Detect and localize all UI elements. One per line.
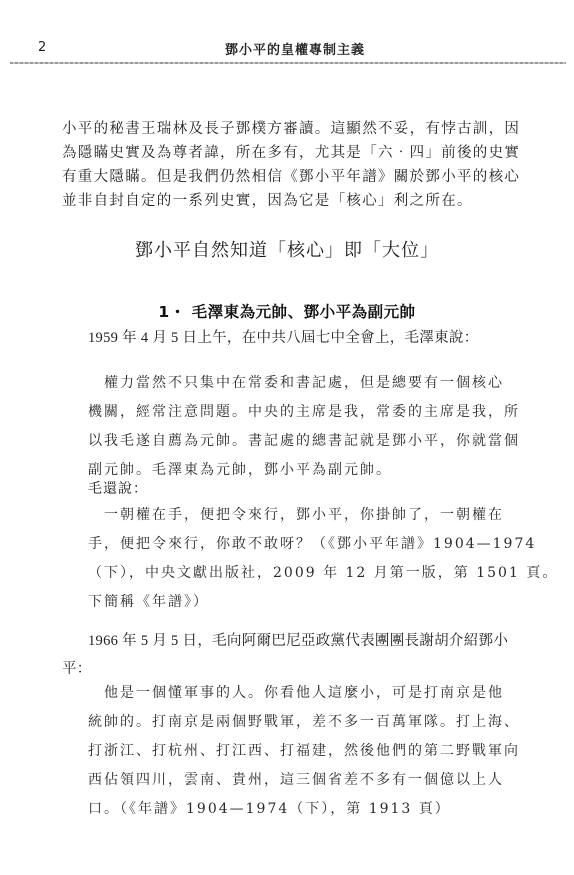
quote-block-3: 他是一個懂軍事的人。你看他人這麼小，可是打南京是他 統帥的。打南京是兩個野戰軍，…	[88, 679, 520, 824]
text-line: 統帥的。打南京是兩個野戰軍，差不多一百萬軍隊。打上海、	[88, 708, 520, 737]
text-line: 口。（《年譜》1904—1974（下），第 1913 頁）	[88, 795, 520, 824]
text-line: 打浙江、打杭州、打江西、打福建，然後他們的第二野戰軍向	[88, 737, 520, 766]
subsection-title: 1・ 毛澤東為元帥、鄧小平為副元帥	[0, 300, 574, 322]
text-line: 1959 年 4 月 5 日上午，在中共八屆七中全會上，毛澤東說：	[88, 326, 479, 350]
text-line: 他是一個懂軍事的人。你看他人這麼小，可是打南京是他	[88, 679, 520, 708]
text-line: （下），中央文獻出版社，2009 年 12 月第一版，第 1501 頁。	[88, 559, 558, 588]
section-title: 鄧小平自然知道「核心」即「大位」	[0, 236, 574, 262]
text-line: 1966 年 5 月 5 日，毛向阿爾巴尼亞政黨代表團團長謝胡介紹鄧小	[62, 627, 508, 655]
text-line: 小平的秘書王瑞林及長子鄧樸方審讀。這顯然不妥，有悖古訓，因	[62, 117, 520, 141]
text-line: 毛還說：	[88, 478, 148, 502]
quote-block-2: 一朝權在手，便把令來行，鄧小平，你掛帥了，一朝權在 手，便把令來行，你敢不敢呀？…	[88, 501, 558, 617]
text-line: 手，便把令來行，你敢不敢呀？（《鄧小平年譜》1904—1974	[88, 530, 558, 559]
intro-paragraph: 小平的秘書王瑞林及長子鄧樸方審讀。這顯然不妥，有悖古訓，因 為隱瞞史實及為尊者諱…	[62, 117, 520, 213]
text-line: 權力當然不只集中在常委和書記處，但是總要有一個核心	[88, 369, 520, 398]
text-line: 以我毛遂自薦為元帥。書記處的總書記就是鄧小平，你就當個	[88, 427, 520, 456]
text-line: 有重大隱瞞。但是我們仍然相信《鄧小平年譜》關於鄧小平的核心	[62, 165, 520, 189]
text-line: 一朝權在手，便把令來行，鄧小平，你掛帥了，一朝權在	[88, 501, 558, 530]
mao-also-said: 毛還說：	[88, 478, 148, 502]
text-line: 西佔領四川，雲南、貴州，這三個省差不多有一個億以上人	[88, 766, 520, 795]
text-line: 機關，經常注意問題。中央的主席是我，常委的主席是我，所	[88, 398, 520, 427]
text-line: 為隱瞞史實及為尊者諱，所在多有，尤其是「六‧四」前後的史實	[62, 141, 520, 165]
page-header: 2 鄧小平的皇權專制主義	[30, 36, 560, 62]
header-divider	[10, 62, 566, 64]
text-line: 並非自封自定的一系列史實，因為它是「核心」利之所在。	[62, 189, 520, 213]
text-line: 副元帥。毛澤東為元帥，鄧小平為副元帥。	[88, 456, 520, 485]
quote-block-1: 權力當然不只集中在常委和書記處，但是總要有一個核心 機關，經常注意問題。中央的主…	[88, 369, 520, 485]
text-line: 下簡稱《年譜》）	[88, 588, 558, 617]
paragraph-1966: 1966 年 5 月 5 日，毛向阿爾巴尼亞政黨代表團團長謝胡介紹鄧小 平：	[62, 627, 508, 683]
running-title: 鄧小平的皇權專制主義	[30, 39, 560, 58]
paragraph-1959: 1959 年 4 月 5 日上午，在中共八屆七中全會上，毛澤東說：	[88, 326, 479, 350]
